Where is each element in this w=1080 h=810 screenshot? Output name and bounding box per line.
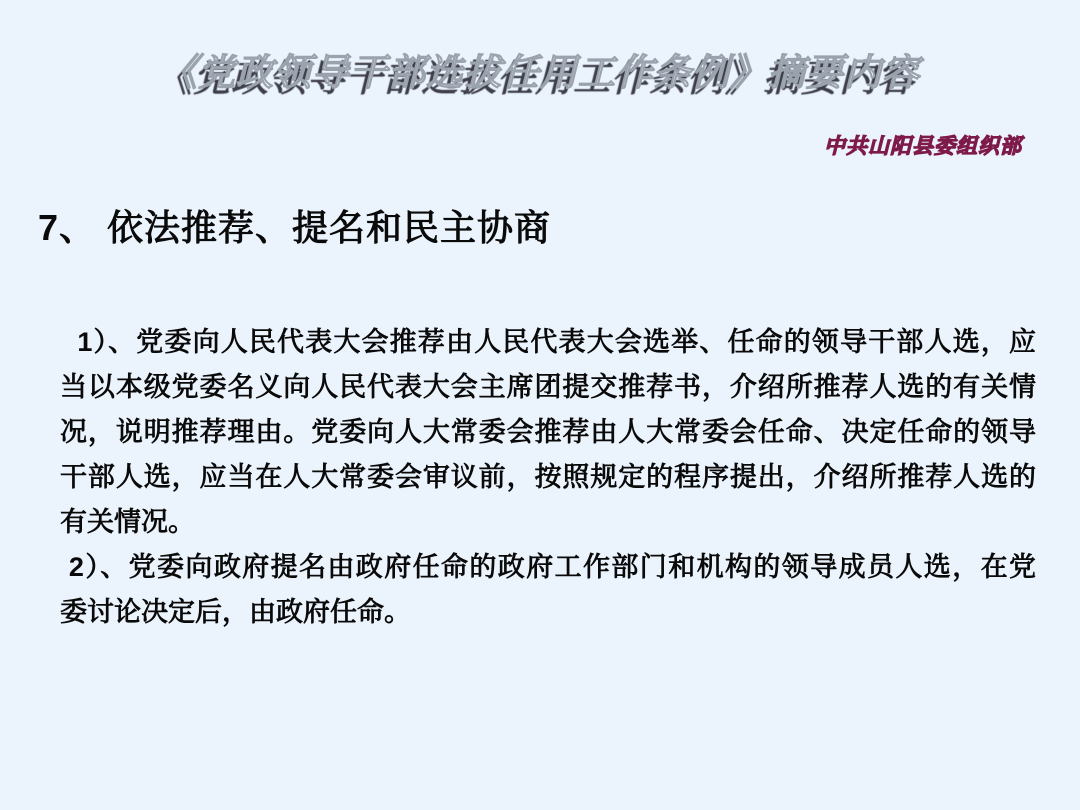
body-line: 委讨论决定后，由政府任命。 [60,590,1036,635]
body-line: 当以本级党委名义向人民代表大会主席团提交推荐书，介绍所推荐人选的有关情 [60,365,1036,410]
body-line: 干部人选，应当在人大常委会审议前，按照规定的程序提出，介绍所推荐人选的 [60,455,1036,500]
body-line: 况，说明推荐理由。党委向人大常委会推荐由人大常委会任命、决定任命的领导 [60,410,1036,455]
slide: 《党政领导干部选拔任用工作条例》摘要内容 中共山阳县委组织部 7、 依法推荐、提… [0,0,1080,810]
body-line: 有关情况。 [60,500,1036,545]
body-paragraph: 1）、党委向人民代表大会推荐由人民代表大会选举、任命的领导干部人选，应当以本级党… [60,320,1036,545]
section-heading: 7、 依法推荐、提名和民主协商 [38,200,551,251]
body-line: 1）、党委向人民代表大会推荐由人民代表大会选举、任命的领导干部人选，应 [60,320,1036,365]
slide-title: 《党政领导干部选拔任用工作条例》摘要内容 [0,42,1080,96]
org-subtitle: 中共山阳县委组织部 [824,130,1022,160]
body-text: 1）、党委向人民代表大会推荐由人民代表大会选举、任命的领导干部人选，应当以本级党… [60,320,1036,635]
body-line: 2）、党委向政府提名由政府任命的政府工作部门和机构的领导成员人选，在党 [60,545,1036,590]
body-paragraph: 2）、党委向政府提名由政府任命的政府工作部门和机构的领导成员人选，在党委讨论决定… [60,545,1036,635]
